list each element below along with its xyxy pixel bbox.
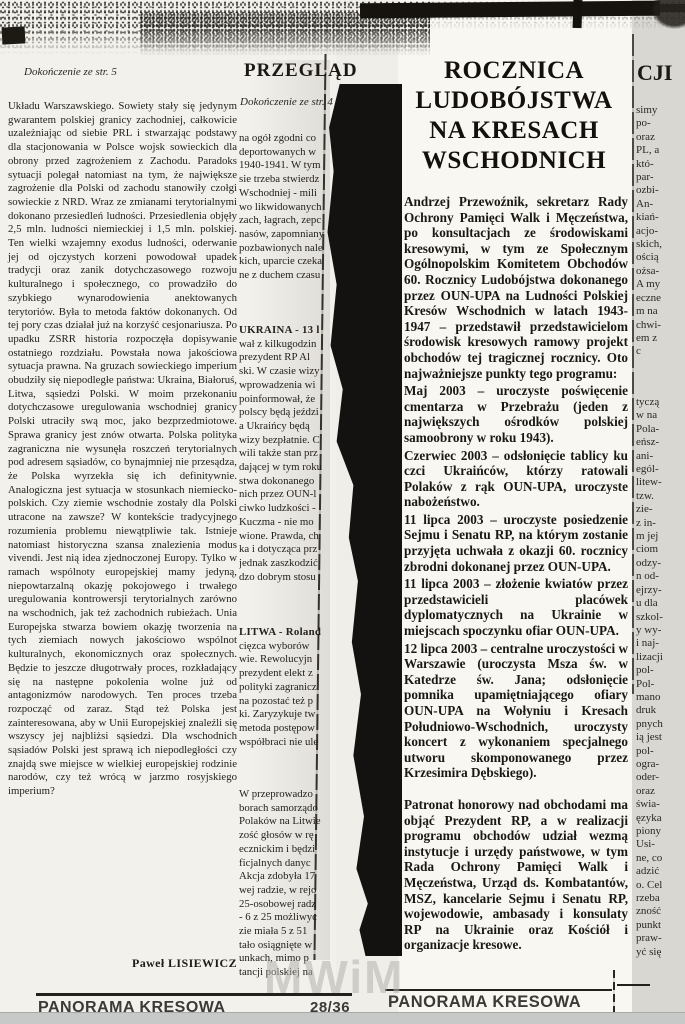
continuation-note-left: Dokończenie ze str. 5: [24, 66, 117, 78]
edge-fragment-line: ejrzy-: [636, 584, 683, 597]
truncated-line: zach, łagrach, zepc: [239, 214, 330, 228]
truncated-line: sie trzeba stwierdz: [239, 173, 330, 187]
edge-fragment-line: ością: [636, 251, 683, 264]
scanner-bed-strip: [0, 1012, 685, 1024]
truncated-line: wo likwidowanych: [239, 201, 330, 215]
continuation-note-middle: Dokończenie ze str. 4: [240, 96, 333, 108]
edge-fragment-line: An-: [636, 198, 683, 211]
edge-fragment-line: oder-: [636, 771, 683, 784]
truncated-line: Wschodniej - mili: [239, 187, 330, 201]
edge-fragment-line: n od-: [636, 570, 683, 583]
paragraph: Maj 2003 – uroczyste poświęcenie cmentar…: [404, 383, 628, 445]
truncated-line: wizy bezpłatnie. C: [239, 434, 330, 448]
edge-fragment-line: punkt: [636, 919, 683, 932]
truncated-line: prezydent RP Al: [239, 351, 330, 365]
edge-fragment-line: egól-: [636, 463, 683, 476]
scanned-newspaper-page: Dokończenie ze str. 5 PRZEGLĄD Układu Wa…: [0, 0, 685, 1024]
edge-fragment-line: A my: [636, 278, 683, 291]
edge-fragment-line: ozbi-: [636, 184, 683, 197]
headline-line: LUDOBÓJSTWA: [400, 86, 628, 116]
truncated-line: - 6 z 25 możliwyc: [239, 911, 330, 925]
edge-fragment-line: oraz: [636, 785, 683, 798]
scan-artifact-corner: [2, 26, 26, 44]
truncated-line: kich, uparcie czeka: [239, 255, 330, 269]
edge-fragment-line: świa-: [636, 798, 683, 811]
paragraph: 11 lipca 2003 – złożenie kwiatów przez p…: [404, 576, 628, 638]
truncated-line: dzo dobrym stosu: [239, 571, 330, 585]
edge-fragment-line: acjo-: [636, 225, 683, 238]
edge-fragment-line: pol-: [636, 664, 683, 677]
headline-line: ROCZNICA: [400, 56, 628, 86]
edge-fragment-line: pnych: [636, 718, 683, 731]
edge-fragment-line: litew-: [636, 476, 683, 489]
truncated-line: polscy będą jeździ: [239, 406, 330, 420]
gutter-fold-shadow: [326, 84, 402, 956]
edge-fragment-line: skich,: [636, 238, 683, 251]
left-article-author: Paweł LISIEWICZ: [8, 956, 237, 971]
edge-fragment-line: ią jest: [636, 731, 683, 744]
edge-headline-fragment: CJI: [637, 60, 672, 86]
truncated-line: UKRAINA - 13 l: [239, 324, 330, 338]
edge-fragment-line: ogra-: [636, 758, 683, 771]
truncated-line: ciwko ludzkości -: [239, 502, 330, 516]
truncated-line: dającej w tym roku: [239, 461, 330, 475]
edge-fragment-line: w na: [636, 409, 683, 422]
truncated-line: wione. Prawda, ch: [239, 530, 330, 544]
edge-fragment-line: i naj-: [636, 637, 683, 650]
footer-rule-right: [385, 989, 612, 991]
truncated-line: ski. W czasie wizy: [239, 365, 330, 379]
scan-artifact-corner-right: [650, 0, 685, 30]
page-edge-shadow-bar: [360, 1, 660, 19]
edge-fragment-line: tzw.: [636, 490, 683, 503]
edge-fragment-line: Pol-: [636, 678, 683, 691]
paragraph: 11 lipca 2003 – uroczyste posiedzenie Se…: [404, 512, 628, 574]
middle-column-block-ukraina: UKRAINA - 13 lwał z kilkugodzinprezydent…: [239, 324, 330, 584]
truncated-line: poinformował, że: [239, 393, 330, 407]
edge-fragment-line: u dla: [636, 597, 683, 610]
edge-fragment-line: eczne: [636, 292, 683, 305]
headline-line: WSCHODNICH: [400, 146, 628, 176]
truncated-line: 25-osobowej radz: [239, 898, 330, 912]
truncated-line: pozbawionych nale: [239, 242, 330, 256]
edge-fragment-line: par-: [636, 171, 683, 184]
right-article-body: Andrzej Przewoźnik, sekretarz Rady Ochro…: [404, 194, 628, 955]
footer-rule-tick: [617, 984, 650, 986]
edge-fragment-line: mano: [636, 691, 683, 704]
truncated-line: nich przez OUN-l: [239, 488, 330, 502]
edge-fragment-line: ne, co: [636, 852, 683, 865]
edge-fragment-line: z in-: [636, 517, 683, 530]
edge-fragment-line: chwi-: [636, 319, 683, 332]
edge-fragment-line: PL, a: [636, 144, 683, 157]
edge-fragment-line: po-: [636, 117, 683, 130]
page-edge-line: [632, 34, 634, 694]
edge-fragment-line: zie-: [636, 503, 683, 516]
scan-artifact-tick: [573, 0, 583, 28]
edge-fragment-line: pol-: [636, 745, 683, 758]
edge-fragment-line: c: [636, 345, 683, 358]
truncated-line: wał z kilkugodzin: [239, 338, 330, 352]
edge-fragment-line: o. Cel: [636, 879, 683, 892]
truncated-line: wprowadzenia wi: [239, 379, 330, 393]
edge-fragment-line: druk: [636, 704, 683, 717]
edge-fragment-line: m jej: [636, 530, 683, 543]
truncated-line: ka i dotycząca prz: [239, 543, 330, 557]
edge-fragment-line: lizacji: [636, 651, 683, 664]
footer-title-left-wrapper: PANORAMA KRESOWA: [38, 999, 298, 1012]
edge-fragment-line: em z: [636, 332, 683, 345]
edge-fragment-line: ciom: [636, 543, 683, 556]
edge-fragment-line: szkol-: [636, 611, 683, 624]
truncated-line: wili także stan prz: [239, 447, 330, 461]
paragraph: Andrzej Przewoźnik, sekretarz Rady Ochro…: [404, 194, 628, 381]
edge-fragment-line: któ-: [636, 158, 683, 171]
truncated-line: jednak zaszkodzić: [239, 557, 330, 571]
truncated-line: zie miała 5 z 51: [239, 925, 330, 939]
headline-line: NA KRESACH: [400, 116, 628, 146]
edge-fragment-line: zność: [636, 905, 683, 918]
digital-watermark: MWiM: [264, 950, 404, 1004]
edge-fragment-line: ęzyka: [636, 812, 683, 825]
edge-fragment-line: ożsa-: [636, 265, 683, 278]
middle-column-block-1: na ogół zgodni codeportowanych w1940-194…: [239, 132, 330, 283]
truncated-line: nasów, zapomniany: [239, 228, 330, 242]
edge-fragment-line: simy: [636, 104, 683, 117]
truncated-line: stwa dokonanego: [239, 475, 330, 489]
truncated-line: deportowanych w: [239, 146, 330, 160]
edge-fragment-line: tyczą: [636, 396, 683, 409]
edge-fragment-line: y wy-: [636, 624, 683, 637]
truncated-line: ne z duchem czasu: [239, 269, 330, 283]
edge-fragment-line: yć się: [636, 946, 683, 959]
footer-title-right: PANORAMA KRESOWA: [388, 993, 581, 1012]
edge-fragment-line: Pola-: [636, 423, 683, 436]
edge-fragment-line: Usi-: [636, 838, 683, 851]
truncated-line: LITWA - Roland: [239, 626, 330, 640]
paragraph: Czerwiec 2003 – odsłonięcie tablicy ku c…: [404, 448, 628, 510]
edge-fragment-line: kiań-: [636, 211, 683, 224]
edge-text-fragments-top: simypo-orazPL, aktó-par-ozbi-An-kiań-acj…: [636, 104, 683, 359]
edge-fragment-line: oraz: [636, 131, 683, 144]
edge-fragment-line: m na: [636, 305, 683, 318]
edge-text-fragments-bottom: tycząw naPola-eńsz-ani-egól-litew-tzw.zi…: [636, 396, 683, 959]
left-article-body: Układu Warszawskiego. Sowiety stały się …: [8, 100, 237, 799]
paragraph: 12 lipca 2003 – centralne uroczystości w…: [404, 641, 628, 781]
edge-fragment-line: piony: [636, 825, 683, 838]
edge-fragment-line: odzy-: [636, 557, 683, 570]
footer-title-left: PANORAMA KRESOWA: [38, 999, 226, 1012]
edge-fragment-line: rzeba: [636, 892, 683, 905]
section-masthead: PRZEGLĄD: [244, 60, 358, 82]
truncated-line: Kuczma - nie mo: [239, 516, 330, 530]
truncated-line: na ogół zgodni co: [239, 132, 330, 146]
edge-fragment-line: praw-: [636, 932, 683, 945]
paragraph: Patronat honorowy nad obchodami ma objąć…: [404, 797, 628, 953]
edge-fragment-line: adzić: [636, 865, 683, 878]
edge-fragment-line: eńsz-: [636, 436, 683, 449]
truncated-line: 1940-1941. W tym: [239, 159, 330, 173]
right-article-headline: ROCZNICALUDOBÓJSTWANA KRESACHWSCHODNICH: [400, 56, 628, 176]
edge-fragment-line: ani-: [636, 450, 683, 463]
truncated-line: a Ukraińcy będą: [239, 420, 330, 434]
